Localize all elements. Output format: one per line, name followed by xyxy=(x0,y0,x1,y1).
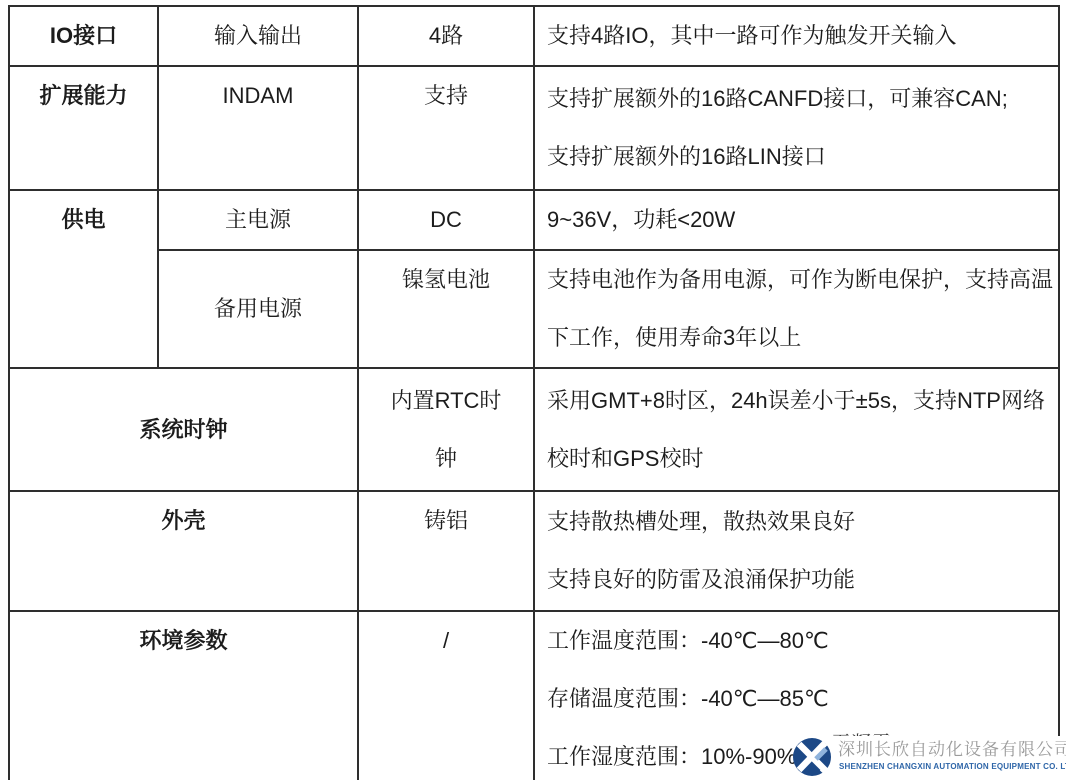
desc-line: 支持扩展额外的16路LIN接口 xyxy=(547,128,1058,186)
row-backup-power: 备用电源 镍氢电池 支持电池作为备用电源，可作为断电保护，支持高温 下工作，使用… xyxy=(9,250,1059,368)
cell-value-environment: / xyxy=(358,611,534,780)
cell-category-enclosure: 外壳 xyxy=(9,491,358,611)
company-name-en: SHENZHEN CHANGXIN AUTOMATION EQUIPMENT C… xyxy=(839,762,1066,772)
cell-category-expansion: 扩展能力 xyxy=(9,66,158,190)
desc-line: 校时和GPS校时 xyxy=(547,430,1058,488)
cell-value-io: 4路 xyxy=(358,6,534,66)
row-io: IO接口 输入输出 4路 支持4路IO，其中一路可作为触发开关输入 xyxy=(9,6,1059,66)
cell-item-expansion: INDAM xyxy=(158,66,358,190)
cell-desc-system-clock: 采用GMT+8时区，24h误差小于±5s，支持NTP网络 校时和GPS校时 xyxy=(534,368,1059,491)
desc-line: 支持扩展额外的16路CANFD接口，可兼容CAN; xyxy=(547,70,1058,128)
cell-category-io: IO接口 xyxy=(9,6,158,66)
document-page: IO接口 输入输出 4路 支持4路IO，其中一路可作为触发开关输入 扩展能力 I… xyxy=(0,0,1066,780)
row-main-power: 供电 主电源 DC 9~36V，功耗<20W xyxy=(9,190,1059,250)
cell-category-system-clock: 系统时钟 xyxy=(9,368,358,491)
logo-circle-x-icon xyxy=(792,736,834,778)
cell-desc-backup-power: 支持电池作为备用电源，可作为断电保护，支持高温 下工作，使用寿命3年以上 xyxy=(534,250,1059,368)
desc-line: 支持电池作为备用电源，可作为断电保护，支持高温 xyxy=(547,251,1058,309)
desc-line: 工作温度范围：-40℃—80℃ xyxy=(547,612,1058,670)
value-line: 内置RTC时 xyxy=(359,372,533,430)
cell-value-main-power: DC xyxy=(358,190,534,250)
cell-value-system-clock: 内置RTC时 钟 xyxy=(358,368,534,491)
cell-item-backup-power: 备用电源 xyxy=(158,250,358,368)
desc-line: 9~36V，功耗<20W xyxy=(547,191,1058,249)
cell-desc-enclosure: 支持散热槽处理，散热效果良好 支持良好的防雷及浪涌保护功能 xyxy=(534,491,1059,611)
desc-line: 采用GMT+8时区，24h误差小于±5s，支持NTP网络 xyxy=(547,372,1058,430)
cell-category-power: 供电 xyxy=(9,190,158,368)
row-expansion: 扩展能力 INDAM 支持 支持扩展额外的16路CANFD接口，可兼容CAN; … xyxy=(9,66,1059,190)
cell-item-main-power: 主电源 xyxy=(158,190,358,250)
desc-line: 存储温度范围：-40℃—85℃ xyxy=(547,670,1058,728)
desc-line: 支持4路IO，其中一路可作为触发开关输入 xyxy=(547,7,1058,65)
desc-line: 支持散热槽处理，散热效果良好 xyxy=(547,493,1058,551)
desc-line: 支持良好的防雷及浪涌保护功能 xyxy=(547,551,1058,609)
cell-value-enclosure: 铸铝 xyxy=(358,491,534,611)
row-enclosure: 外壳 铸铝 支持散热槽处理，散热效果良好 支持良好的防雷及浪涌保护功能 xyxy=(9,491,1059,611)
cell-value-backup-power: 镍氢电池 xyxy=(358,250,534,368)
cell-desc-expansion: 支持扩展额外的16路CANFD接口，可兼容CAN; 支持扩展额外的16路LIN接… xyxy=(534,66,1059,190)
value-line: 钟 xyxy=(359,430,533,488)
desc-line: 下工作，使用寿命3年以上 xyxy=(547,309,1058,367)
company-logo: 深圳长欣自动化设备有限公司 SHENZHEN CHANGXIN AUTOMATI… xyxy=(795,736,1066,780)
cell-desc-io: 支持4路IO，其中一路可作为触发开关输入 xyxy=(534,6,1059,66)
cell-item-io: 输入输出 xyxy=(158,6,358,66)
cell-value-expansion: 支持 xyxy=(358,66,534,190)
company-name-cn: 深圳长欣自动化设备有限公司 xyxy=(838,739,1066,761)
spec-table: IO接口 输入输出 4路 支持4路IO，其中一路可作为触发开关输入 扩展能力 I… xyxy=(8,5,1060,780)
cell-desc-main-power: 9~36V，功耗<20W xyxy=(534,190,1059,250)
cell-category-environment: 环境参数 xyxy=(9,611,358,780)
row-system-clock: 系统时钟 内置RTC时 钟 采用GMT+8时区，24h误差小于±5s，支持NTP… xyxy=(9,368,1059,491)
